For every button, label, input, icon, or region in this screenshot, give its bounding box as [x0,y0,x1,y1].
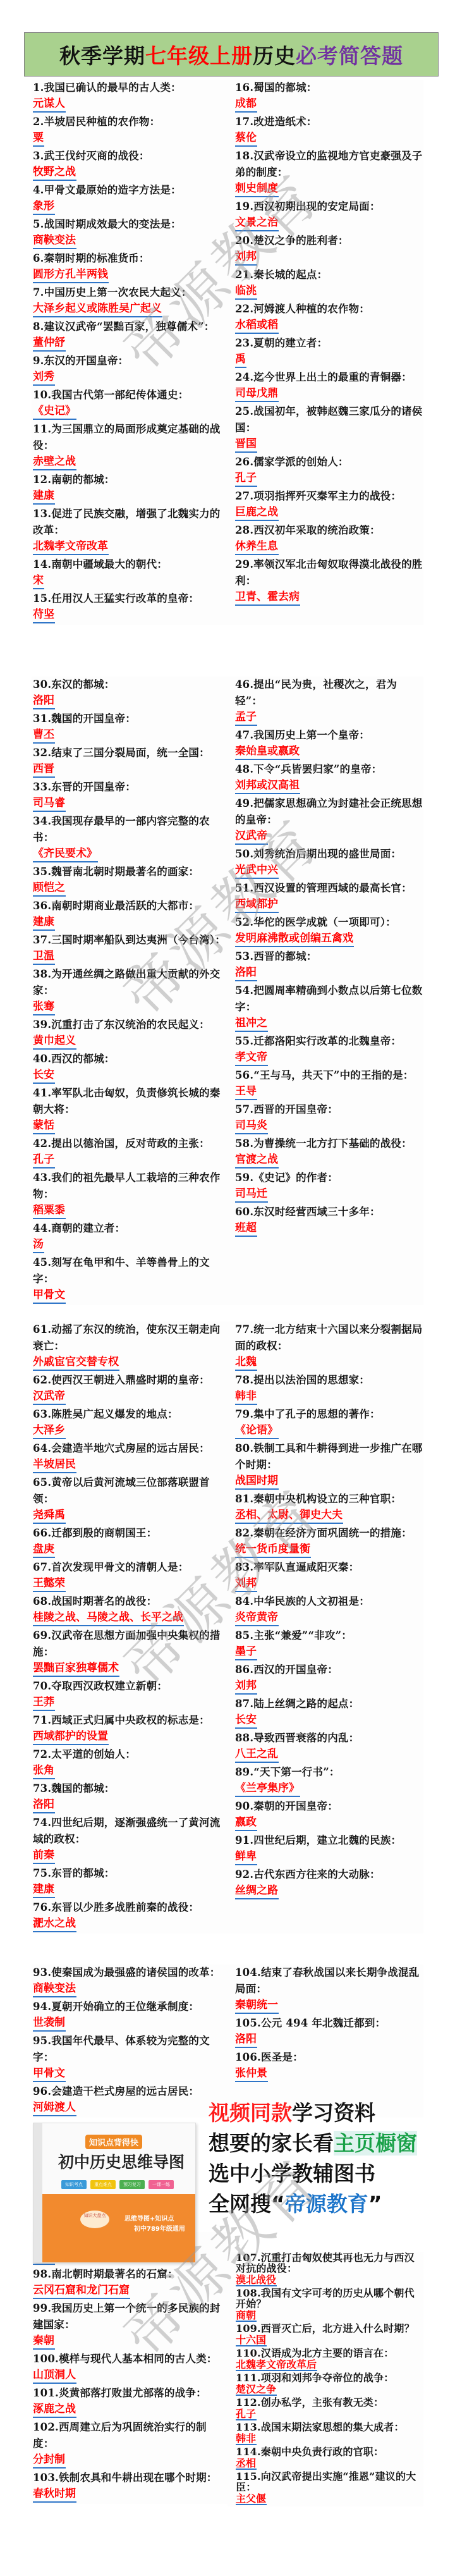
question-text: 78.提出以法治国的思想家： [235,1372,423,1389]
qa-column-right-top: 104.结束了春秋战国以来长期争战混乱局面：秦朝统一105.公元 494 年北魏… [227,1965,423,2118]
qa-item: 42.提出以德治国，反对苛政的主张：孔子 [33,1136,227,1170]
question-text: 110.汉语成为北方主要的语言在： [236,2348,423,2358]
question-text: 41.率军队北击匈奴，负责修筑长城的秦朝大将： [33,1085,227,1118]
answer-text: 洛阳 [235,2032,257,2048]
question-text: 51.西汉设置的管理西域的最高长官： [235,880,423,897]
qa-item: 100.模样与现代人基本相同的古人类：山顶洞人 [33,2351,227,2385]
answer-text: 《史记》 [33,403,76,420]
qa-column-left: 61.动摇了东汉的统治，使东汉王朝走向衰亡：外戚宦官交替专权62.使西汉王朝进入… [32,1322,227,1934]
qa-item: 25.战国初年，被韩赵魏三家瓜分的诸侯国：晋国 [235,403,423,454]
question-text: 34.我国现存最早的一部内容完整的农书： [33,813,227,846]
title-part-subject: 历史 [253,40,296,70]
book-subtitle-1: 思维导图+知识点 [124,2213,174,2223]
qa-item: 48.下令“兵皆罢归家”的皇帝：刘邦或汉高祖 [235,761,423,795]
question-text: 76.东晋以少胜多战胜前秦的战役： [33,1899,227,1916]
answer-text: 楚汉之争 [236,2384,277,2396]
question-text: 18.汉武帝设立的监视地方官吏豪强及子弟的制度： [235,148,423,181]
question-text: 113.战国末期法家思想的集大成者： [236,2422,423,2432]
answer-text: 大泽乡起义或陈胜吴广起义 [33,301,162,317]
qa-item: 109.西晋灭亡后，北方进入什么时期？十六国 [236,2323,423,2348]
qa-item: 51.西汉设置的管理西域的最高长官：西域都护 [235,880,423,914]
question-text: 3.武王伐纣灭商的战役： [33,148,227,164]
answer-text: 洛阳 [33,1797,55,1813]
answer-text: 商朝 [236,2310,257,2322]
question-text: 48.下令“兵皆罢归家”的皇帝： [235,761,423,778]
question-text: 30.东汉的都城： [33,677,227,693]
answer-text: 蔡伦 [235,130,257,147]
answer-text: 山顶洞人 [33,2367,76,2384]
qa-item: 62.使西汉王朝进入鼎盛时期的皇帝：汉武帝 [33,1372,227,1406]
promo-line-4: 全网搜“帝源教育” [209,2189,417,2219]
qa-item: 49.把儒家思想确立为封建社会正统思想的皇帝：汉武帝 [235,795,423,846]
promo-line-3: 选中小学教辅图书 [209,2159,417,2189]
qa-item: 112.创办私学，主张有教无类：孔子 [236,2397,423,2422]
qa-item: 13.促进了民族交融，增强了北魏实力的改革：北魏孝文帝改革 [33,506,227,556]
qa-item: 24.迄今世界上出土的最重的青铜器：司母戊鼎 [235,369,423,403]
question-text: 112.创办私学，主张有教无类： [236,2397,423,2408]
qa-item: 47.我国历史上第一个皇帝：秦始皇或嬴政 [235,727,423,761]
qa-item: 38.为开通丝绸之路做出重大贡献的外交家：张骞 [33,966,227,1017]
qa-panel-3: 61.动摇了东汉的统治，使东汉王朝走向衰亡：外戚宦官交替专权62.使西汉王朝进入… [32,1322,423,1934]
qa-item: 67.首次发现甲骨文的清朝人是：王懿荣 [33,1559,227,1593]
qa-item: 37.三国时期率船队到达夷洲（今台湾）：卫温 [33,932,227,966]
question-text: 92.古代东西方往来的大动脉： [235,1867,423,1883]
qa-item: 72.太平道的创始人：张角 [33,1746,227,1781]
answer-text: 汉武帝 [33,1389,66,1405]
qa-item: 30.东汉的都城：洛阳 [33,677,227,711]
answer-text: 禹 [235,352,246,368]
promo-line-1: 视频同款学习资料 [209,2098,417,2128]
answer-text: 丞相、太尉、御史大夫 [235,1507,343,1524]
answer-text: 张仲景 [235,2066,268,2082]
qa-item: 31.魏国的开国皇帝：曹丕 [33,711,227,745]
answer-text: 董仲舒 [33,335,66,352]
answer-text: 孝文帝 [235,1050,268,1066]
question-text: 95.我国年代最早、体系较为完整的文字： [33,2033,227,2066]
question-text: 9.东汉的开国皇帝： [33,353,227,369]
answer-text: 罢黜百家独尊儒术 [33,1660,119,1677]
question-text: 32.结束了三国分裂局面，统一全国： [33,745,227,761]
qa-item: 98.南北朝时期最著名的石窟：云冈石窟和龙门石窟 [33,2266,227,2300]
qa-item: 57.西晋的开国皇帝：司马炎 [235,1101,423,1136]
promo-line-2: 想要的家长看主页橱窗 [209,2128,417,2159]
answer-text: 张角 [33,1763,55,1779]
qa-item: 70.夺取西汉政权建立新朝：王莽 [33,1678,227,1712]
qa-item: 52.华佗的医学成就（一项即可）：发明麻沸散或创编五禽戏 [235,914,423,948]
qa-item: 35.魏晋南北朝时期最著名的画家：顾恺之 [33,864,227,898]
answer-text: 韩非 [236,2433,257,2445]
answer-text: 秦始皇或嬴政 [235,744,300,760]
qa-item: 21.秦长城的起点：临洮 [235,267,423,301]
qa-item: 36.南朝时期商业最活跃的大都市：建康 [33,898,227,932]
qa-item: 71.西域正式归属中央政权的标志是：西域都护的设置 [33,1712,227,1746]
question-text: 83.率军队直逼咸阳灭秦： [235,1559,423,1576]
question-text: 6.秦朝时期的标准货币： [33,250,227,267]
question-text: 8.建议汉武帝“罢黜百家，独尊儒术”： [33,319,227,335]
question-text: 39.沉重打击了东汉统治的农民起义： [33,1017,227,1033]
question-text: 66.迁都到殷的商朝国王： [33,1525,227,1542]
answer-text: 张骞 [33,999,55,1015]
question-text: 37.三国时期率船队到达夷洲（今台湾）： [33,932,227,948]
qa-item: 87.陆上丝绸之路的起点：长安 [235,1696,423,1730]
qa-item: 16.蜀国的都城：成都 [235,80,423,114]
qa-item: 79.集中了孔子的思想的著作：《论语》 [235,1406,423,1440]
answer-text: 曹丕 [33,727,55,744]
question-text: 11.为三国鼎立的局面形成奠定基础的战役： [33,421,227,454]
question-text: 105.公元 494 年北魏迁都到： [235,2015,423,2032]
qa-item: 69.汉武帝在思想方面加强中央集权的措施：罢黜百家独尊儒术 [33,1628,227,1678]
question-text: 23.夏朝的建立者： [235,335,423,352]
qa-item: 23.夏朝的建立者：禹 [235,335,423,369]
answer-text: 光武中兴 [235,862,279,879]
qa-item: 10.我国古代第一部纪传体通史：《史记》 [33,387,227,421]
answer-text: 甲骨文 [33,2066,66,2082]
answer-text: 炎帝黄帝 [235,1610,279,1626]
qa-item: 34.我国现存最早的一部内容完整的农书：《齐民要术》 [33,813,227,864]
qa-item: 73.魏国的都城：洛阳 [33,1781,227,1815]
qa-item: 65.黄帝以后黄河流域三位部落联盟首领：尧舜禹 [33,1475,227,1525]
question-text: 24.迄今世界上出土的最重的青铜器： [235,369,423,386]
question-text: 40.西汉的都城： [33,1051,227,1067]
qa-item: 68.战国时期著名的战役：桂陵之战、马陵之战、长平之战 [33,1593,227,1628]
answer-text: 元谋人 [33,96,66,113]
answer-text: 建康 [33,1882,55,1898]
book-tag: 重点难点 [90,2180,116,2189]
qa-item: 78.提出以法治国的思想家：韩非 [235,1372,423,1406]
question-text: 100.模样与现代人基本相同的古人类： [33,2351,227,2367]
answer-text: 班超 [235,1220,257,1237]
answer-text: 长安 [33,1067,55,1084]
qa-item: 84.中华民族的人文初祖是：炎帝黄帝 [235,1593,423,1628]
qa-item: 108.我国有文字可考的历史从哪个朝代开始？商朝 [236,2288,423,2323]
question-text: 58.为曹操统一北方打下基础的战役： [235,1136,423,1152]
question-text: 44.商朝的建立者： [33,1220,227,1237]
qa-item: 43.我们的祖先最早人工栽培的三种农作物：稻粟黍 [33,1170,227,1220]
qa-item: 92.古代东西方往来的大动脉：丝绸之路 [235,1867,423,1901]
answer-text: 王莽 [33,1695,55,1711]
answer-text: 漠北战役 [236,2274,277,2286]
question-text: 42.提出以德治国，反对苛政的主张： [33,1136,227,1152]
qa-item: 28.西汉初年采取的统治政策：休养生息 [235,522,423,556]
question-text: 87.陆上丝绸之路的起点： [235,1696,423,1712]
question-text: 61.动摇了东汉的统治，使东汉王朝走向衰亡： [33,1322,227,1354]
answer-text: 洛阳 [33,693,55,709]
answer-text: 苻坚 [33,607,55,623]
answer-text: 卫青、霍去病 [235,589,300,606]
qa-item: 115.向汉武帝提出实施“推恩”建议的大臣：主父偃 [236,2471,423,2506]
answer-text: 巨鹿之战 [235,505,279,521]
book-cover-ad[interactable]: 知识点背得快 初中历史思维导图 知识考点 重点难点 预习复习 一课一练 知识大盘… [33,2123,196,2263]
answer-text: 赤壁之战 [33,454,76,470]
question-text: 16.蜀国的都城： [235,80,423,96]
answer-text: 盘庚 [33,1542,55,1558]
book-spine [33,2123,42,2262]
question-text: 104.结束了春秋战国以来长期争战混乱局面： [235,1965,423,1997]
answer-text: 商鞅变法 [33,233,76,249]
answer-text: 春秋时期 [33,2486,76,2503]
answer-text: 云冈石窟和龙门石窟 [33,2283,130,2299]
answer-text: 宋 [33,573,44,589]
qa-item: 114.秦朝中央负责行政的官职：丞相 [236,2446,423,2471]
question-text: 43.我们的祖先最早人工栽培的三种农作物： [33,1170,227,1203]
qa-item: 110.汉语成为北方主要的语言在：北魏孝文帝改革后 [236,2348,423,2372]
answer-text: 十六国 [236,2334,267,2346]
question-text: 45.刻写在龟甲和牛、羊等兽骨上的文字： [33,1254,227,1287]
question-text: 94.夏朝开始确立的王位继承制度： [33,1999,227,2015]
question-text: 72.太平道的创始人： [33,1746,227,1763]
question-text: 84.中华民族的人文初祖是： [235,1593,423,1610]
question-text: 86.西汉的开国皇帝： [235,1662,423,1678]
qa-item: 76.东晋以少胜多战胜前秦的战役：淝水之战 [33,1899,227,1934]
question-text: 1.我国已确认的最早的古人类： [33,80,227,96]
answer-text: 稻粟黍 [33,1203,66,1219]
qa-item: 15.任用汉人王猛实行改革的皇帝：苻坚 [33,591,227,625]
answer-text: 西晋 [33,761,55,778]
qa-item: 81.秦朝中央机构设立的三种官职：丞相、太尉、御史大夫 [235,1491,423,1525]
brand-name: 帝源教育 [285,2192,368,2216]
qa-item: 61.动摇了东汉的统治，使东汉王朝走向衰亡：外戚宦官交替专权 [33,1322,227,1372]
answer-text: 韩非 [235,1389,257,1405]
question-text: 50.刘秀统治后期出现的盛世局面： [235,846,423,862]
answer-text: 长安 [235,1712,257,1729]
question-text: 90.秦朝的开国皇帝： [235,1798,423,1815]
answer-text: 刘秀 [33,369,55,386]
question-text: 5.战国时期成效最大的变法是： [33,216,227,233]
qa-item: 53.西晋的都城：洛阳 [235,948,423,983]
question-text: 56.“王与马，共天下”中的王指的是： [235,1067,423,1084]
qa-item: 82.秦朝在经济方面巩固统一的措施：统一货币度量衡 [235,1525,423,1559]
question-text: 115.向汉武帝提出实施“推恩”建议的大臣： [236,2471,423,2493]
question-text: 10.我国古代第一部纪传体通史： [33,387,227,403]
question-text: 14.南朝中疆域最大的朝代： [33,556,227,573]
qa-item: 50.刘秀统治后期出现的盛世局面：光武中兴 [235,846,423,880]
question-text: 52.华佗的医学成就（一项即可）： [235,914,423,931]
question-text: 55.迁都洛阳实行改革的北魏皇帝： [235,1033,423,1050]
qa-item: 93.使秦国成为最强盛的诸侯国的改革：商鞅变法 [33,1965,227,1999]
question-text: 102.西周建立后为巩固统治实行的制度： [33,2419,227,2452]
qa-item: 59.《史记》的作者：司马迁 [235,1170,423,1204]
question-text: 35.魏晋南北朝时期最著名的画家： [33,864,227,880]
qa-column-left-top: 93.使秦国成为最强盛的诸侯国的改革：商鞅变法94.夏朝开始确立的王位继承制度：… [32,1965,227,2118]
answer-text: 商鞅变法 [33,1981,76,1997]
storefront-link[interactable]: 主页橱窗 [334,2131,417,2156]
answer-text: 文景之治 [235,215,279,231]
qa-column-left: 1.我国已确认的最早的古人类：元谋人2.半坡居民种植的农作物：粟3.武王伐纣灭商… [32,80,227,625]
qa-item: 40.西汉的都城：长安 [33,1051,227,1085]
question-text: 103.铁制农具和牛耕出现在哪个时期： [33,2470,227,2486]
question-text: 17.改进造纸术： [235,114,423,130]
answer-text: 圆形方孔半两钱 [33,267,109,283]
qa-item: 106.医圣是：张仲景 [235,2049,423,2083]
answer-text: 建康 [33,914,55,931]
answer-text: 孔子 [236,2408,257,2420]
book-tag: 一课一练 [149,2180,174,2189]
qa-column-left-bottom: 97.黄巾起义的领导人：张角98.南北朝时期最著名的石窟：云冈石窟和龙门石窟99… [32,2232,227,2504]
question-text: 54.把圆周率精确到小数点以后第七位数字： [235,983,423,1015]
answer-text: 前秦 [33,1848,55,1864]
book-tag: 知识考点 [61,2180,87,2189]
question-text: 53.西晋的都城： [235,948,423,965]
answer-text: 丞相 [236,2458,257,2470]
qa-item: 27.项羽指挥歼灭秦军主力的战役：巨鹿之战 [235,488,423,522]
qa-item: 54.把圆周率精确到小数点以后第七位数字：祖冲之 [235,983,423,1033]
qa-item: 46.提出“民为贵，社稷次之，君为轻”：孟子 [235,677,423,727]
qa-item: 91.四世纪后期，建立北魏的民族：鲜卑 [235,1832,423,1867]
question-text: 38.为开通丝绸之路做出重大贡献的外交家： [33,966,227,999]
qa-item: 39.沉重打击了东汉统治的农民起义：黄巾起义 [33,1017,227,1051]
question-text: 65.黄帝以后黄河流域三位部落联盟首领： [33,1475,227,1507]
question-text: 4.甲骨文最原始的造字方法是： [33,182,227,199]
answer-text: 大泽乡 [33,1423,66,1439]
question-text: 62.使西汉王朝进入鼎盛时期的皇帝： [33,1372,227,1389]
question-text: 13.促进了民族交融，增强了北魏实力的改革： [33,506,227,539]
answer-text: 官渡之战 [235,1152,279,1168]
answer-text: 《齐民要术》 [33,846,98,862]
qa-item: 2.半坡居民种植的农作物：粟 [33,114,227,148]
qa-item: 58.为曹操统一北方打下基础的战役：官渡之战 [235,1136,423,1170]
qa-item: 102.西周建立后为巩固统治实行的制度：分封制 [33,2419,227,2470]
question-text: 79.集中了孔子的思想的著作： [235,1406,423,1423]
answer-text: 主父偃 [236,2493,267,2505]
qa-item: 74.四世纪后期，逐渐强盛统一了黄河流域的政权：前秦 [33,1815,227,1865]
question-text: 71.西域正式归属中央政权的标志是： [33,1712,227,1729]
answer-text: 秦朝 [33,2333,55,2350]
qa-item: 9.东汉的开国皇帝：刘秀 [33,353,227,387]
qa-item: 44.商朝的建立者：汤 [33,1220,227,1254]
answer-text: 顾恺之 [33,880,66,897]
qa-item: 6.秦朝时期的标准货币：圆形方孔半两钱 [33,250,227,285]
question-text: 89.“天下第一行书”： [235,1764,423,1781]
answer-text: 发明麻沸散或创编五禽戏 [235,931,354,947]
book-title: 初中历史思维导图 [49,2150,194,2173]
answer-text: 刘邦 [235,1678,257,1695]
question-text: 47.我国历史上第一个皇帝： [235,727,423,744]
answer-text: 统一货币度量衡 [235,1542,311,1558]
qa-item: 26.儒家学派的创始人：孔子 [235,454,423,488]
qa-item: 7.中国历史上第一次农民大起义：大泽乡起义或陈胜吴广起义 [33,285,227,319]
answer-text: 北魏孝文帝改革后 [236,2359,317,2371]
qa-item: 104.结束了春秋战国以来长期争战混乱局面：秦朝统一 [235,1965,423,2015]
question-text: 73.魏国的都城： [33,1781,227,1797]
answer-text: 刘邦 [235,249,257,266]
answer-text: 丝绸之路 [235,1883,279,1899]
qa-item: 29.率领汉军北击匈奴取得漠北战役的胜利：卫青、霍去病 [235,556,423,607]
question-text: 63.陈胜吴广起义爆发的地点： [33,1406,227,1423]
book-subtitle-2: 初中789年级通用 [134,2223,185,2233]
answer-text: 桂陵之战、马陵之战、长平之战 [33,1610,184,1626]
qa-item: 86.西汉的开国皇帝：刘邦 [235,1662,423,1696]
question-text: 36.南朝时期商业最活跃的大都市： [33,898,227,914]
answer-text: 涿鹿之战 [33,2401,76,2418]
qa-panel-4-top: 93.使秦国成为最强盛的诸侯国的改革：商鞅变法94.夏朝开始确立的王位继承制度：… [32,1965,423,2118]
answer-text: 成都 [235,96,257,113]
answer-text: 西域都护的设置 [33,1729,109,1745]
question-text: 26.儒家学派的创始人： [235,454,423,470]
qa-item: 33.东晋的开国皇帝：司马睿 [33,779,227,813]
qa-item: 4.甲骨文最原始的造字方法是：象形 [33,182,227,216]
book-tag: 预习复习 [119,2180,145,2189]
answer-text: 西域都护 [235,897,279,913]
qa-item: 88.导致西晋衰落的内乱：八王之乱 [235,1730,423,1764]
title-part-season: 秋季学期 [59,40,145,70]
qa-item: 14.南朝中疆域最大的朝代：宋 [33,556,227,591]
question-text: 15.任用汉人王猛实行改革的皇帝： [33,591,227,607]
qa-column-right: 77.统一北方结束十六国以来分裂割据局面的政权：北魏78.提出以法治国的思想家：… [227,1322,423,1934]
qa-panel-4-bottom-left: 97.黄巾起义的领导人：张角98.南北朝时期最著名的石窟：云冈石窟和龙门石窟99… [32,2232,227,2504]
question-text: 2.半坡居民种植的农作物： [33,114,227,130]
qa-item: 111.项羽和刘邦争夺帝位的战争：楚汉之争 [236,2372,423,2397]
question-text: 20.楚汉之争的胜利者： [235,233,423,249]
question-text: 98.南北朝时期最著名的石窟： [33,2266,227,2283]
qa-item: 55.迁都洛阳实行改革的北魏皇帝：孝文帝 [235,1033,423,1067]
answer-text: 建康 [33,488,55,505]
qa-item: 80.铁制工具和牛耕得到进一步推广在哪个时期：战国时期 [235,1440,423,1491]
answer-text: 淝水之战 [33,1916,76,1932]
promo-banner: 视频同款学习资料 想要的家长看主页橱窗 选中小学教辅图书 全网搜“帝源教育” [209,2098,417,2219]
answer-text: 休养生息 [235,539,279,555]
answer-text: 司母戊鼎 [235,386,279,402]
answer-text: 司马炎 [235,1118,268,1134]
answer-text: 世袭制 [33,2015,66,2032]
qa-item: 20.楚汉之争的胜利者：刘邦 [235,233,423,267]
qa-item: 83.率军队直逼咸阳灭秦：刘邦 [235,1559,423,1593]
answer-text: 蒙恬 [33,1118,55,1134]
question-text: 85.主张“兼爱”“非攻”： [235,1628,423,1644]
question-text: 21.秦长城的起点： [235,267,423,283]
page-title: 秋季学期七年级上册历史必考简答题 [24,32,439,77]
title-part-grade: 七年级上册 [145,40,253,70]
qa-item: 18.汉武帝设立的监视地方官吏豪强及子弟的制度：刺史制度 [235,148,423,199]
question-text: 114.秦朝中央负责行政的官职： [236,2446,423,2457]
question-text: 29.率领汉军北击匈奴取得漠北战役的胜利： [235,556,423,589]
answer-text: 鲜卑 [235,1849,257,1865]
question-text: 57.西晋的开国皇帝： [235,1101,423,1118]
answer-text: 王懿荣 [33,1576,66,1592]
qa-item: 17.改进造纸术：蔡伦 [235,114,423,148]
qa-item: 90.秦朝的开国皇帝：嬴政 [235,1798,423,1832]
answer-text: 黄巾起义 [33,1033,76,1050]
answer-text: 司马迁 [235,1186,268,1203]
qa-item: 3.武王伐纣灭商的战役：牧野之战 [33,148,227,182]
question-text: 82.秦朝在经济方面巩固统一的措施： [235,1525,423,1542]
answer-text: 分封制 [33,2452,66,2469]
question-text: 106.医圣是： [235,2049,423,2066]
answer-text: 半坡居民 [33,1457,76,1473]
question-text: 19.西汉初期出现的安定局面： [235,199,423,215]
question-text: 31.魏国的开国皇帝： [33,711,227,727]
qa-item: 19.西汉初期出现的安定局面：文景之治 [235,199,423,233]
question-text: 67.首次发现甲骨文的清朝人是： [33,1559,227,1576]
question-text: 99.我国历史上第一个统一的多民族的封建国家： [33,2300,227,2333]
answer-text: 刘邦或汉高祖 [235,778,300,794]
question-text: 64.会建造半地穴式房屋的远古居民： [33,1440,227,1457]
answer-text: 孔子 [33,1152,55,1168]
qa-item: 8.建议汉武帝“罢黜百家，独尊儒术”：董仲舒 [33,319,227,353]
question-text: 107.沉重打击匈奴使其再也无力与西汉对抗的战役： [236,2252,423,2274]
qa-item: 63.陈胜吴广起义爆发的地点：大泽乡 [33,1406,227,1440]
qa-item: 64.会建造半地穴式房屋的远古居民：半坡居民 [33,1440,227,1475]
answer-text: 秦朝统一 [235,1997,279,2014]
qa-item: 105.公元 494 年北魏迁都到：洛阳 [235,2015,423,2049]
answer-text: 尧舜禹 [33,1507,66,1524]
answer-text: 北魏 [235,1354,257,1371]
answer-text: 晋国 [235,436,257,453]
qa-item: 12.南朝的都城：建康 [33,472,227,506]
qa-item: 66.迁都到殷的商朝国王：盘庚 [33,1525,227,1559]
answer-text: 嬴政 [235,1815,257,1831]
question-text: 59.《史记》的作者： [235,1170,423,1186]
answer-text: 战国时期 [235,1473,279,1490]
